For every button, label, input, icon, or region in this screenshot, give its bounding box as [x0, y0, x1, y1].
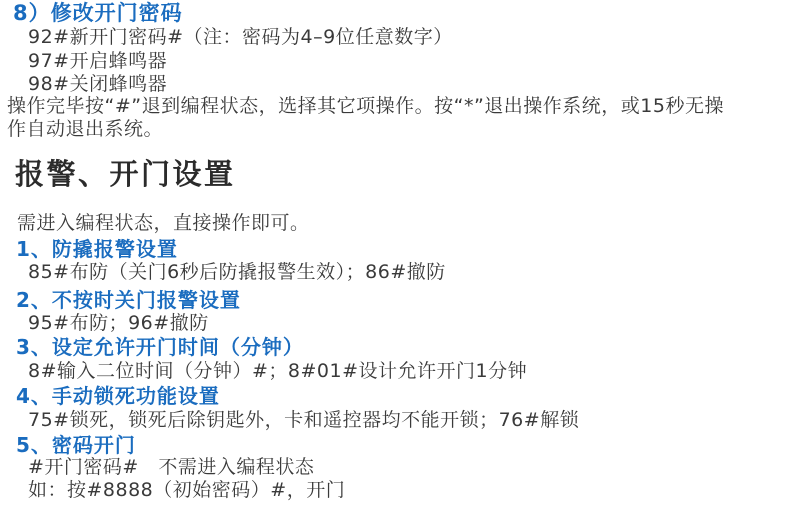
- item-title-open-time: 3、设定允许开门时间（分钟）: [16, 335, 304, 359]
- item-title-tamper-alarm: 1、防撬报警设置: [16, 237, 178, 261]
- intro-text: 需进入编程状态，直接操作即可。: [17, 212, 310, 235]
- item-detail-open-time: 8#输入二位时间（分钟）#；8#01#设计允许开门1分钟: [28, 360, 527, 383]
- item-detail-manual-deadlock: 75#锁死，锁死后除钥匙外，卡和遥控器均不能开锁；76#解锁: [28, 409, 579, 432]
- chapter-heading: 报警、开门设置: [15, 157, 236, 192]
- item-title-door-ajar-alarm: 2、不按时关门报警设置: [16, 288, 241, 312]
- item-title-manual-deadlock: 4、手动锁死功能设置: [16, 384, 220, 408]
- command-line-buzzer-off: 98#关闭蜂鸣器: [28, 73, 167, 96]
- item-example-password-open: 如：按#8888（初始密码）#，开门: [28, 479, 345, 502]
- item-title-password-open: 5、密码开门: [16, 433, 136, 457]
- manual-page: 8）修改开门密码 92#新开门密码#（注：密码为4–9位任意数字） 97#开启蜂…: [0, 0, 790, 521]
- note-line-1: 操作完毕按“#”退到编程状态，选择其它项操作。按“*”退出操作系统，或15秒无操: [7, 95, 724, 118]
- command-line-new-password: 92#新开门密码#（注：密码为4–9位任意数字）: [28, 26, 453, 49]
- item-detail-tamper-alarm: 85#布防（关门6秒后防撬报警生效）；86#撤防: [28, 261, 446, 284]
- note-line-2: 作自动退出系统。: [7, 118, 163, 141]
- item-detail-password-open: #开门密码# 不需进入编程状态: [28, 456, 314, 479]
- command-line-buzzer-on: 97#开启蜂鸣器: [28, 50, 167, 73]
- password-section-heading: 8）修改开门密码: [13, 1, 183, 26]
- item-detail-door-ajar-alarm: 95#布防；96#撤防: [28, 312, 209, 335]
